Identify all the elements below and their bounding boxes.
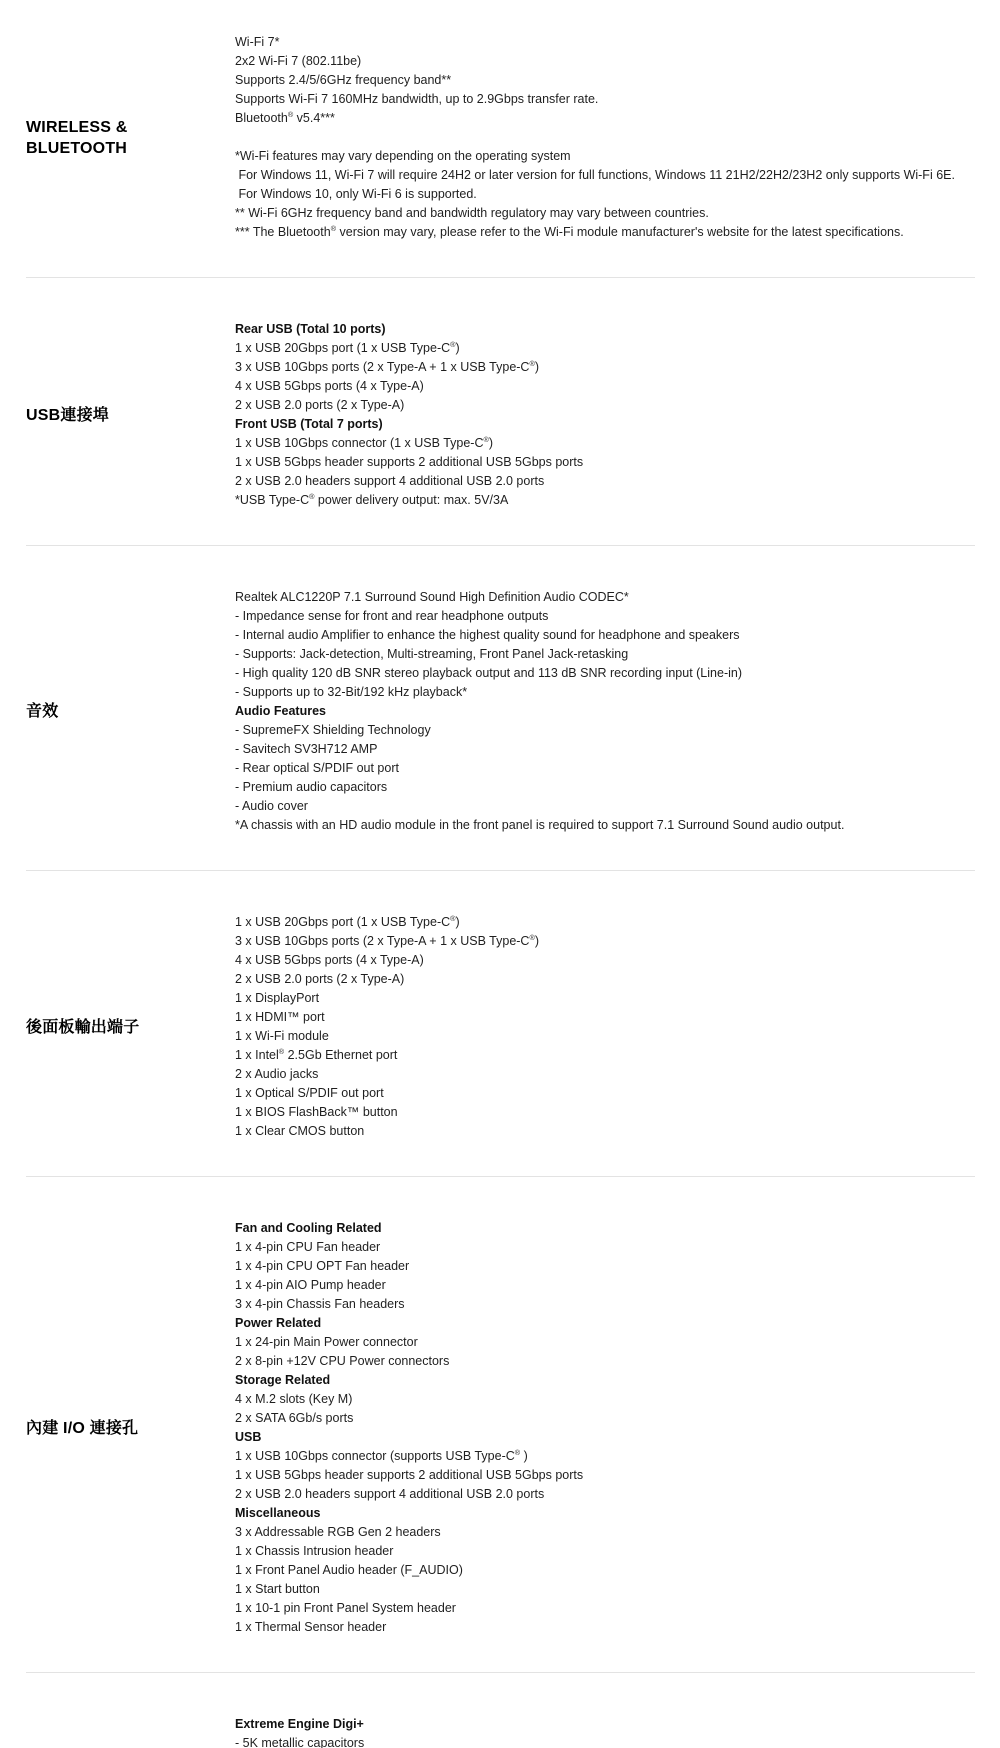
spec-line: For Windows 11, Wi-Fi 7 will require 24H… — [235, 166, 975, 185]
spec-line: - Supports: Jack-detection, Multi-stream… — [235, 645, 975, 664]
spec-row: 內建 I/O 連接孔Fan and Cooling Related1 x 4-p… — [26, 1177, 975, 1673]
spec-line: 2 x USB 2.0 ports (2 x Type-A) — [235, 970, 975, 989]
spec-line: 1 x USB 20Gbps port (1 x USB Type-C®) — [235, 339, 975, 358]
spec-row-label: 內建 I/O 連接孔 — [26, 1418, 235, 1439]
spec-line: 3 x USB 10Gbps ports (2 x Type-A + 1 x U… — [235, 358, 975, 377]
spec-line: 1 x USB 20Gbps port (1 x USB Type-C®) — [235, 913, 975, 932]
spec-line: 1 x USB 5Gbps header supports 2 addition… — [235, 1466, 975, 1485]
spec-line: Supports Wi-Fi 7 160MHz bandwidth, up to… — [235, 90, 975, 109]
spec-line: 2 x SATA 6Gb/s ports — [235, 1409, 975, 1428]
spec-line: - Audio cover — [235, 797, 975, 816]
spec-line — [235, 128, 975, 147]
spec-line: - Supports up to 32-Bit/192 kHz playback… — [235, 683, 975, 702]
spec-line: ** Wi-Fi 6GHz frequency band and bandwid… — [235, 204, 975, 223]
spec-line: 4 x USB 5Gbps ports (4 x Type-A) — [235, 951, 975, 970]
spec-line: 1 x 24-pin Main Power connector — [235, 1333, 975, 1352]
spec-line: Realtek ALC1220P 7.1 Surround Sound High… — [235, 588, 975, 607]
spec-line: - High quality 120 dB SNR stereo playbac… — [235, 664, 975, 683]
spec-line: 2 x USB 2.0 headers support 4 additional… — [235, 472, 975, 491]
spec-line: *A chassis with an HD audio module in th… — [235, 816, 975, 835]
spec-row-content: Wi-Fi 7*2x2 Wi-Fi 7 (802.11be)Supports 2… — [235, 33, 975, 242]
registered-mark: ® — [529, 933, 534, 942]
spec-row-content: Rear USB (Total 10 ports)1 x USB 20Gbps … — [235, 320, 975, 510]
spec-subheading: Front USB (Total 7 ports) — [235, 415, 975, 434]
spec-line: - 5K metallic capacitors — [235, 1734, 975, 1748]
spec-row-label: 後面板輸出端子 — [26, 1017, 235, 1038]
spec-subheading: Miscellaneous — [235, 1504, 975, 1523]
spec-line: 2 x USB 2.0 headers support 4 additional… — [235, 1485, 975, 1504]
spec-row-content: Fan and Cooling Related1 x 4-pin CPU Fan… — [235, 1219, 975, 1637]
spec-row: WIRELESS & BLUETOOTHWi-Fi 7*2x2 Wi-Fi 7 … — [26, 0, 975, 278]
registered-mark: ® — [484, 435, 489, 444]
spec-line: 1 x USB 5Gbps header supports 2 addition… — [235, 453, 975, 472]
registered-mark: ® — [279, 1047, 284, 1056]
spec-line: 2 x 8-pin +12V CPU Power connectors — [235, 1352, 975, 1371]
spec-row: 音效Realtek ALC1220P 7.1 Surround Sound Hi… — [26, 546, 975, 871]
spec-subheading: Extreme Engine Digi+ — [235, 1715, 975, 1734]
registered-mark: ® — [331, 224, 336, 233]
spec-subheading: Fan and Cooling Related — [235, 1219, 975, 1238]
spec-subheading: Rear USB (Total 10 ports) — [235, 320, 975, 339]
spec-subheading: USB — [235, 1428, 975, 1447]
spec-line: - Savitech SV3H712 AMP — [235, 740, 975, 759]
spec-line: 3 x Addressable RGB Gen 2 headers — [235, 1523, 975, 1542]
spec-line: Supports 2.4/5/6GHz frequency band** — [235, 71, 975, 90]
spec-line: 1 x Thermal Sensor header — [235, 1618, 975, 1637]
spec-line: 1 x Clear CMOS button — [235, 1122, 975, 1141]
spec-line: - Rear optical S/PDIF out port — [235, 759, 975, 778]
spec-line: 1 x 10-1 pin Front Panel System header — [235, 1599, 975, 1618]
spec-row-label: 音效 — [26, 701, 235, 722]
spec-line: 1 x Front Panel Audio header (F_AUDIO) — [235, 1561, 975, 1580]
spec-line: 2x2 Wi-Fi 7 (802.11be) — [235, 52, 975, 71]
spec-line: 1 x Intel® 2.5Gb Ethernet port — [235, 1046, 975, 1065]
registered-mark: ® — [450, 914, 455, 923]
registered-mark: ® — [309, 492, 314, 501]
spec-line: 4 x M.2 slots (Key M) — [235, 1390, 975, 1409]
spec-line: 4 x USB 5Gbps ports (4 x Type-A) — [235, 377, 975, 396]
spec-line: 1 x Optical S/PDIF out port — [235, 1084, 975, 1103]
spec-table: WIRELESS & BLUETOOTHWi-Fi 7*2x2 Wi-Fi 7 … — [0, 0, 1000, 1748]
spec-line: 1 x Wi-Fi module — [235, 1027, 975, 1046]
spec-line: *Wi-Fi features may vary depending on th… — [235, 147, 975, 166]
spec-subheading: Storage Related — [235, 1371, 975, 1390]
spec-line: - Internal audio Amplifier to enhance th… — [235, 626, 975, 645]
spec-row-label: USB連接埠 — [26, 405, 235, 426]
spec-line: 1 x HDMI™ port — [235, 1008, 975, 1027]
registered-mark: ® — [529, 359, 534, 368]
spec-row-content: 1 x USB 20Gbps port (1 x USB Type-C®)3 x… — [235, 913, 975, 1141]
spec-line: 1 x 4-pin CPU Fan header — [235, 1238, 975, 1257]
spec-line: 2 x USB 2.0 ports (2 x Type-A) — [235, 396, 975, 415]
spec-line: *USB Type-C® power delivery output: max.… — [235, 491, 975, 510]
spec-line: 3 x 4-pin Chassis Fan headers — [235, 1295, 975, 1314]
spec-line: - Premium audio capacitors — [235, 778, 975, 797]
spec-subheading: Audio Features — [235, 702, 975, 721]
spec-row-label: WIRELESS & BLUETOOTH — [26, 117, 235, 159]
spec-line: Wi-Fi 7* — [235, 33, 975, 52]
spec-line: 1 x Chassis Intrusion header — [235, 1542, 975, 1561]
spec-line: - Impedance sense for front and rear hea… — [235, 607, 975, 626]
spec-row: 後面板輸出端子1 x USB 20Gbps port (1 x USB Type… — [26, 871, 975, 1177]
spec-line: For Windows 10, only Wi-Fi 6 is supporte… — [235, 185, 975, 204]
spec-line: 1 x USB 10Gbps connector (1 x USB Type-C… — [235, 434, 975, 453]
spec-line: Bluetooth® v5.4*** — [235, 109, 975, 128]
spec-line: 1 x DisplayPort — [235, 989, 975, 1008]
spec-row: Extreme Engine Digi+- 5K metallic capaci… — [26, 1673, 975, 1748]
spec-line: 1 x BIOS FlashBack™ button — [235, 1103, 975, 1122]
spec-line: 1 x 4-pin CPU OPT Fan header — [235, 1257, 975, 1276]
spec-line: 1 x Start button — [235, 1580, 975, 1599]
registered-mark: ® — [515, 1448, 520, 1457]
spec-line: 2 x Audio jacks — [235, 1065, 975, 1084]
spec-line: 3 x USB 10Gbps ports (2 x Type-A + 1 x U… — [235, 932, 975, 951]
spec-line: 1 x 4-pin AIO Pump header — [235, 1276, 975, 1295]
spec-row-content: Realtek ALC1220P 7.1 Surround Sound High… — [235, 588, 975, 835]
spec-line: 1 x USB 10Gbps connector (supports USB T… — [235, 1447, 975, 1466]
registered-mark: ® — [288, 110, 293, 119]
registered-mark: ® — [450, 340, 455, 349]
spec-line: *** The Bluetooth® version may vary, ple… — [235, 223, 975, 242]
spec-row-content: Extreme Engine Digi+- 5K metallic capaci… — [235, 1715, 975, 1748]
spec-line: - SupremeFX Shielding Technology — [235, 721, 975, 740]
spec-row: USB連接埠Rear USB (Total 10 ports)1 x USB 2… — [26, 278, 975, 546]
spec-subheading: Power Related — [235, 1314, 975, 1333]
